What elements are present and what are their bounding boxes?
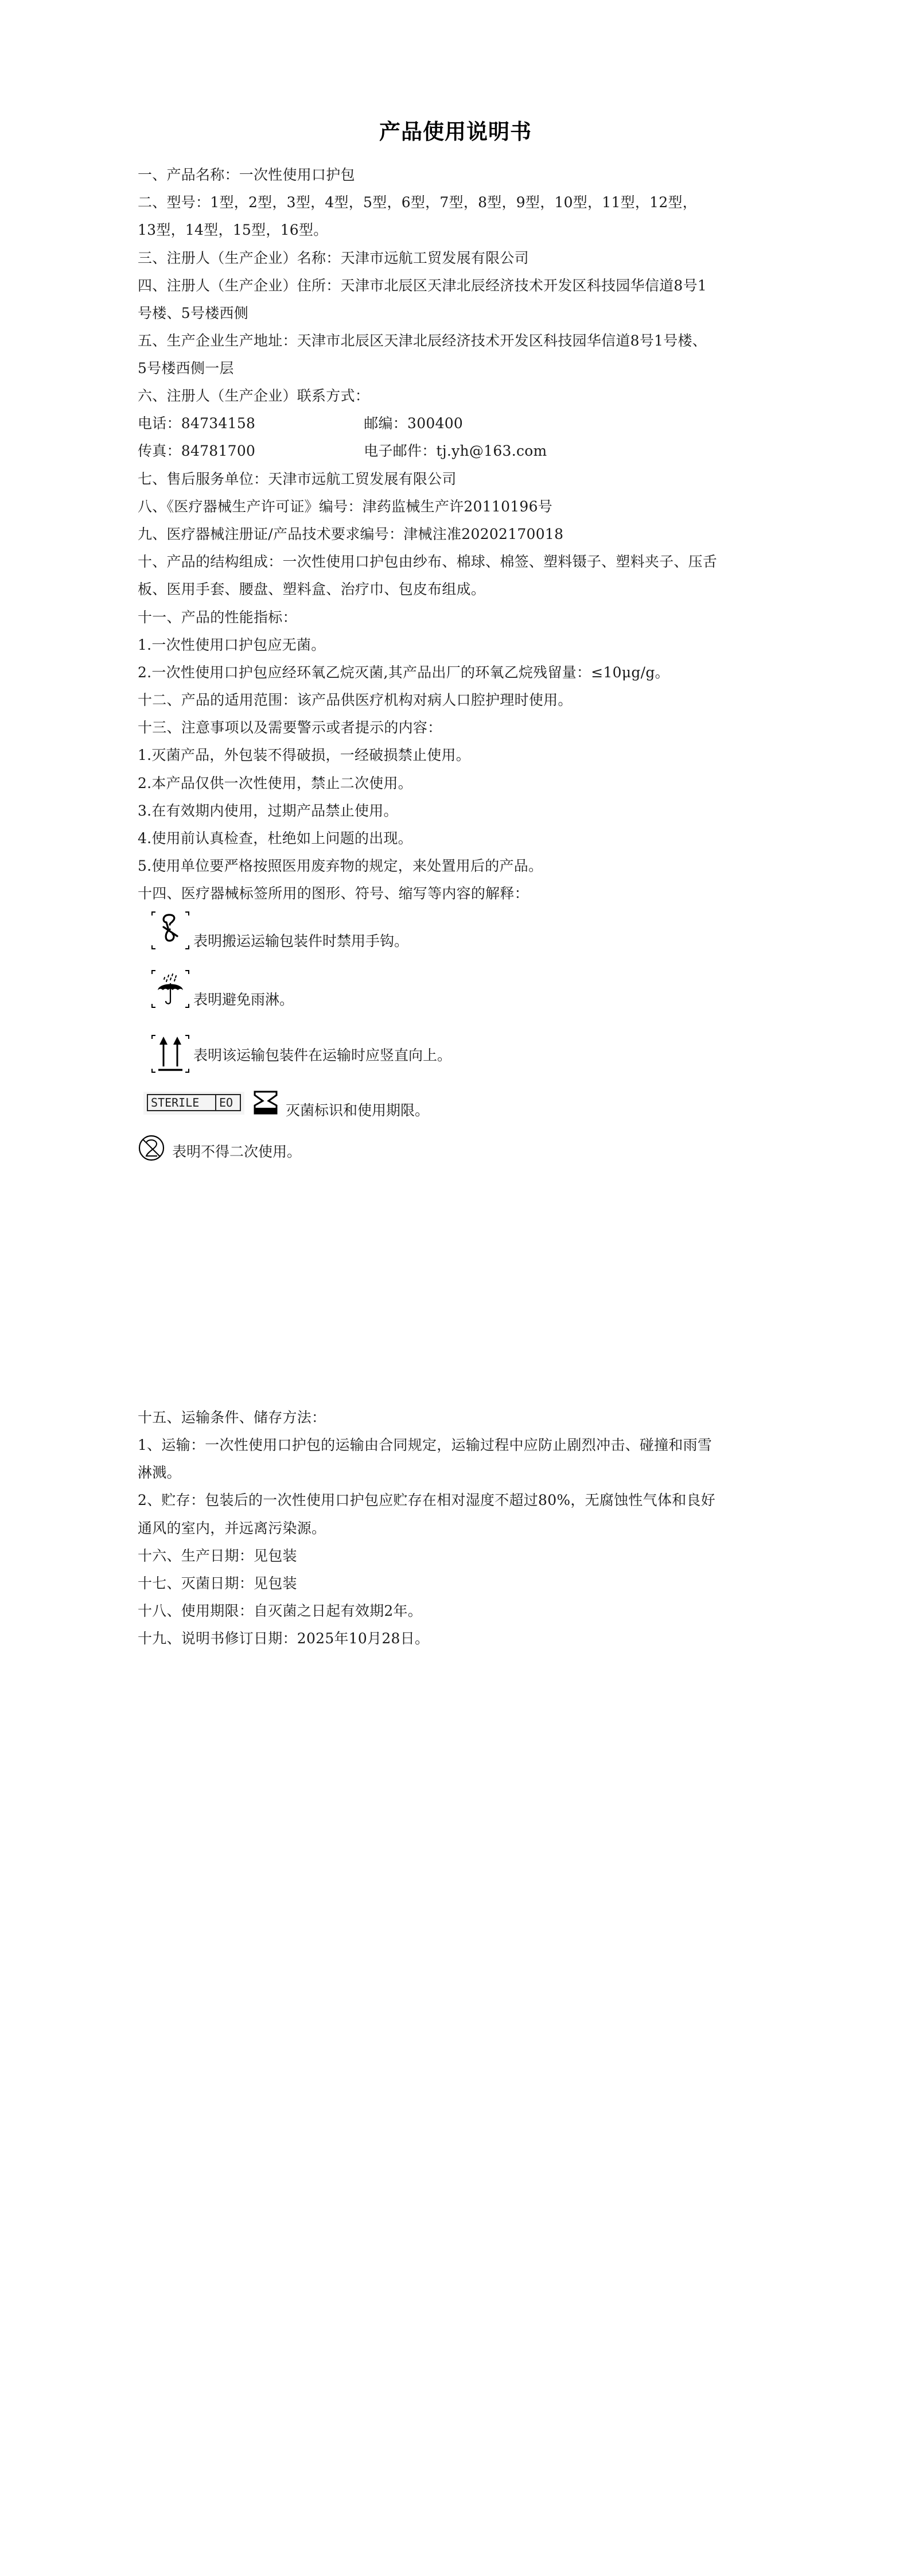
do-not-reuse-icon xyxy=(138,1134,165,1162)
use-by-hourglass-icon xyxy=(254,1091,278,1115)
document-page: 产品使用说明书 一、产品名称：一次性使用口护包 二、型号：1型，2型，3型，4型… xyxy=(0,0,911,2576)
text-line-registrant-address: 四、注册人（生产企业）住所：天津市北辰区天津北辰经济技术开发区科技园华信道8号1 xyxy=(138,272,785,300)
text-line-product-name: 一、产品名称：一次性使用口护包 xyxy=(138,161,785,189)
text-line-registration-number: 九、医疗器械注册证/产品技术要求编号：津械注准20202170018 xyxy=(138,521,785,548)
no-hooks-icon xyxy=(151,911,190,950)
document-title: 产品使用说明书 xyxy=(0,117,911,147)
sterile-eo-icon: STERILE EO xyxy=(143,1092,244,1115)
contact-row-2: 传真：84781700 电子邮件：tj.yh@163.com xyxy=(138,437,785,465)
contact-postcode: 邮编：300400 xyxy=(364,410,463,437)
text-line-performance-2: 2.一次性使用口护包应经环氧乙烷灭菌,其产品出厂的环氧乙烷残留量：≤10μg/g… xyxy=(138,659,785,686)
text-line-storage-cont: 通风的室内，并远离污染源。 xyxy=(138,1515,785,1542)
symbol-row-sterile: STERILE EO 灭菌标识和使用期限。 xyxy=(138,1089,786,1119)
sterile-label: STERILE xyxy=(151,1095,199,1110)
text-line-precaution-2: 2.本产品仅供一次性使用，禁止二次使用。 xyxy=(138,770,785,797)
text-line-transport-storage-heading: 十五、运输条件、储存方法： xyxy=(138,1404,785,1431)
symbol-row-keep-dry: 表明避免雨淋。 xyxy=(138,969,786,1011)
text-line-transport: 1、运输：一次性使用口护包的运输由合同规定，运输过程中应防止剧烈冲击、碰撞和雨雪 xyxy=(138,1431,785,1459)
contact-row-1: 电话：84734158 邮编：300400 xyxy=(138,410,785,437)
text-line-precaution-1: 1.灭菌产品，外包装不得破损，一经破损禁止使用。 xyxy=(138,742,785,769)
text-line-models-cont: 13型，14型，15型，16型。 xyxy=(138,216,785,244)
text-line-composition-cont: 板、医用手套、腰盘、塑料盒、治疗巾、包皮布组成。 xyxy=(138,576,785,603)
symbol-row-no-hooks: 表明搬运运输包装件时禁用手钩。 xyxy=(138,910,786,951)
text-line-transport-cont: 淋溅。 xyxy=(138,1459,785,1487)
symbol-text-no-hooks: 表明搬运运输包装件时禁用手钩。 xyxy=(193,933,408,950)
text-line-precaution-5: 5.使用单位要严格按照医用废弃物的规定，来处置用后的产品。 xyxy=(138,852,785,880)
text-line-contact-heading: 六、注册人（生产企业）联系方式： xyxy=(138,382,785,410)
text-line-production-address-cont: 5号楼西侧一层 xyxy=(138,355,785,382)
text-line-production-date: 十六、生产日期：见包装 xyxy=(138,1542,785,1570)
text-line-registrant-name: 三、注册人（生产企业）名称：天津市远航工贸发展有限公司 xyxy=(138,245,785,272)
text-line-composition: 十、产品的结构组成：一次性使用口护包由纱布、棉球、棉签、塑料镊子、塑料夹子、压舌 xyxy=(138,548,785,576)
keep-dry-umbrella-icon xyxy=(151,969,190,1008)
text-line-registrant-address-cont: 号楼、5号楼西侧 xyxy=(138,300,785,327)
contact-phone: 电话：84734158 xyxy=(138,415,255,432)
text-line-precaution-4: 4.使用前认真检查，杜绝如上问题的出现。 xyxy=(138,825,785,852)
text-line-performance-1: 1.一次性使用口护包应无菌。 xyxy=(138,631,785,659)
text-line-precautions-heading: 十三、注意事项以及需要警示或者提示的内容： xyxy=(138,714,785,742)
text-line-validity: 十八、使用期限：自灭菌之日起有效期2年。 xyxy=(138,1597,785,1625)
text-line-storage: 2、贮存：包装后的一次性使用口护包应贮存在相对湿度不超过80%，无腐蚀性气体和良… xyxy=(138,1487,785,1514)
text-line-revision-date: 十九、说明书修订日期：2025年10月28日。 xyxy=(138,1625,785,1652)
contact-fax: 传真：84781700 xyxy=(138,443,255,459)
symbol-text-do-not-reuse: 表明不得二次使用。 xyxy=(172,1143,301,1161)
symbol-text-sterile: 灭菌标识和使用期限。 xyxy=(286,1102,429,1119)
text-line-production-license: 八、《医疗器械生产许可证》编号：津药监械生产许20110196号 xyxy=(138,493,785,521)
symbol-text-this-way-up: 表明该运输包装件在运输时应竖直向上。 xyxy=(193,1047,451,1064)
eo-label: EO xyxy=(215,1095,233,1110)
text-line-production-address: 五、生产企业生产地址：天津市北辰区天津北辰经济技术开发区科技园华信道8号1号楼、 xyxy=(138,327,785,355)
symbol-row-do-not-reuse: 表明不得二次使用。 xyxy=(138,1134,786,1163)
text-line-performance-heading: 十一、产品的性能指标： xyxy=(138,604,785,631)
symbol-row-this-way-up: 表明该运输包装件在运输时应竖直向上。 xyxy=(138,1034,786,1076)
text-line-symbols-heading: 十四、医疗器械标签所用的图形、符号、缩写等内容的解释： xyxy=(138,880,785,907)
text-line-scope: 十二、产品的适用范围：该产品供医疗机构对病人口腔护理时使用。 xyxy=(138,686,785,714)
this-way-up-arrows-icon xyxy=(151,1034,190,1073)
contact-email: 电子邮件：tj.yh@163.com xyxy=(364,437,547,465)
text-line-precaution-3: 3.在有效期内使用，过期产品禁止使用。 xyxy=(138,797,785,825)
text-line-after-sales: 七、售后服务单位：天津市远航工贸发展有限公司 xyxy=(138,465,785,493)
text-line-sterilization-date: 十七、灭菌日期：见包装 xyxy=(138,1570,785,1597)
symbol-text-keep-dry: 表明避免雨淋。 xyxy=(193,991,294,1008)
text-line-models: 二、型号：1型，2型，3型，4型，5型，6型，7型，8型，9型，10型，11型，… xyxy=(138,189,785,216)
